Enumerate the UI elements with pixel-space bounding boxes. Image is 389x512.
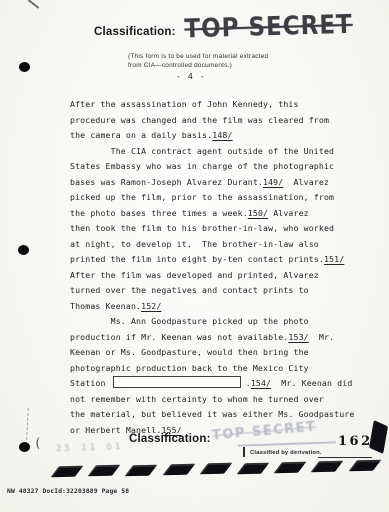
document-line: the camera on a daily basis.148/ <box>70 128 370 144</box>
text-run: Keenan or Ms. Goodpasture, would then br… <box>70 347 309 357</box>
hole-punch-dot <box>19 62 30 72</box>
stray-paren-mark: ( <box>34 436 41 450</box>
text-run: bases was Ramon-Joseph Alvarez Durant. <box>70 177 263 187</box>
classification-label-bottom: Classification: <box>129 433 211 445</box>
text-run: . <box>241 378 251 388</box>
footnote-ref: 153/ <box>288 332 308 342</box>
text-run: States Embassy who was in charge of the … <box>70 161 334 171</box>
document-line: the material, but believed it was either… <box>70 407 370 423</box>
text-run: the material, but believed it was either… <box>70 409 354 419</box>
text-run: turned over the negatives and contact pr… <box>70 285 309 295</box>
redaction-bar <box>274 462 307 473</box>
form-note-line1: (This form is to be used for material ex… <box>128 52 298 61</box>
text-run: After the assassination of John Kennedy,… <box>70 99 299 109</box>
document-line: The CIA contract agent outside of the Un… <box>70 144 370 160</box>
document-line: at night, to develop it. The brother-in-… <box>70 237 370 253</box>
footnote-ref: 149/ <box>263 177 283 187</box>
document-line: procedure was changed and the film was c… <box>70 113 370 129</box>
text-run: not remember with certainty to whom he t… <box>70 394 324 404</box>
derivation-tick-mark <box>243 447 245 457</box>
document-line: After the film was developed and printed… <box>70 268 370 284</box>
document-line: then took the film to his brother-in-law… <box>70 221 370 237</box>
redaction-bar <box>237 462 270 473</box>
footnote-ref: 151/ <box>324 254 344 264</box>
footnote-ref: 148/ <box>212 130 232 140</box>
redaction-bar <box>125 464 158 475</box>
text-run: Mr. <box>309 332 334 342</box>
document-line: Thomas Keenan.152/ <box>70 299 370 315</box>
text-run: Mr. Keenan did <box>271 378 352 388</box>
top-secret-stamp-top: TOP SECRET <box>184 10 365 44</box>
text-run: Alvarez <box>283 177 329 187</box>
text-run: Station <box>70 378 111 388</box>
page-stamp-number: 162 <box>338 434 373 449</box>
text-run: the camera on a daily basis. <box>70 130 212 140</box>
text-run: printed the film into eight by-ten conta… <box>70 254 324 264</box>
stamp-strike-line <box>238 441 336 446</box>
document-line: bases was Ramon-Joseph Alvarez Durant.14… <box>70 175 370 191</box>
corner-stamp-wedge <box>369 420 388 454</box>
form-note-line2: from CIA—controlled documents.) <box>128 61 298 70</box>
scan-mark <box>28 0 39 9</box>
document-line: picked up the film, prior to the assassi… <box>70 190 370 206</box>
document-line: Station .154/ Mr. Keenan did <box>70 376 370 392</box>
text-run: procedure was changed and the film was c… <box>70 115 329 125</box>
redaction-bar <box>199 463 232 474</box>
document-line: photographic production back to the Mexi… <box>70 361 370 377</box>
document-line: Ms. Ann Goodpasture picked up the photo <box>70 314 370 330</box>
text-run: The CIA contract agent outside of the Un… <box>70 146 334 156</box>
form-note: (This form is to be used for material ex… <box>128 52 298 70</box>
text-run: After the film was developed and printed… <box>70 270 319 280</box>
document-page: ( Classification: TOP SECRET (This form … <box>0 0 389 512</box>
redaction-bar <box>162 464 195 475</box>
text-run: photographic production back to the Mexi… <box>70 363 309 373</box>
faint-date-stamp: 25 11 61 <box>56 442 124 454</box>
classification-label-top: Classification: <box>94 26 176 38</box>
footnote-ref: 152/ <box>141 301 161 311</box>
derivation-note: Classified by derivation. <box>250 450 322 456</box>
redaction-box <box>113 376 241 388</box>
footnote-ref: 150/ <box>248 208 268 218</box>
body-lines: After the assassination of John Kennedy,… <box>70 97 370 438</box>
document-line: States Embassy who was in charge of the … <box>70 159 370 175</box>
footnote-ref: 154/ <box>251 378 271 388</box>
text-run: Alvarez <box>268 208 309 218</box>
document-line: turned over the negatives and contact pr… <box>70 283 370 299</box>
redaction-bar <box>51 466 84 477</box>
scan-dashed-line <box>26 408 29 440</box>
archive-footer: NW 48327 DocId:32203889 Page 58 <box>7 488 129 495</box>
hole-punch-dot <box>19 442 30 452</box>
redaction-bar <box>88 465 121 476</box>
document-line: After the assassination of John Kennedy,… <box>70 97 370 113</box>
text-run: at night, to develop it. The brother-in-… <box>70 239 319 249</box>
text-run: Thomas Keenan. <box>70 301 141 311</box>
document-line: printed the film into eight by-ten conta… <box>70 252 370 268</box>
document-line: Keenan or Ms. Goodpasture, would then br… <box>70 345 370 361</box>
text-run: the photo bases three times a week. <box>70 208 248 218</box>
page-number: - 4 - <box>176 71 206 81</box>
text-run: then took the film to his brother-in-law… <box>70 223 334 233</box>
redaction-bar <box>348 460 381 471</box>
text-run: picked up the film, prior to the assassi… <box>70 192 334 202</box>
derivation-underline <box>318 457 372 458</box>
redaction-bar <box>311 461 344 472</box>
text-run: Ms. Ann Goodpasture picked up the photo <box>70 316 309 326</box>
text-run: production if Mr. Keenan was not availab… <box>70 332 288 342</box>
document-line: not remember with certainty to whom he t… <box>70 392 370 408</box>
hole-punch-dot <box>18 245 29 255</box>
document-line: the photo bases three times a week.150/ … <box>70 206 370 222</box>
document-line: production if Mr. Keenan was not availab… <box>70 330 370 346</box>
